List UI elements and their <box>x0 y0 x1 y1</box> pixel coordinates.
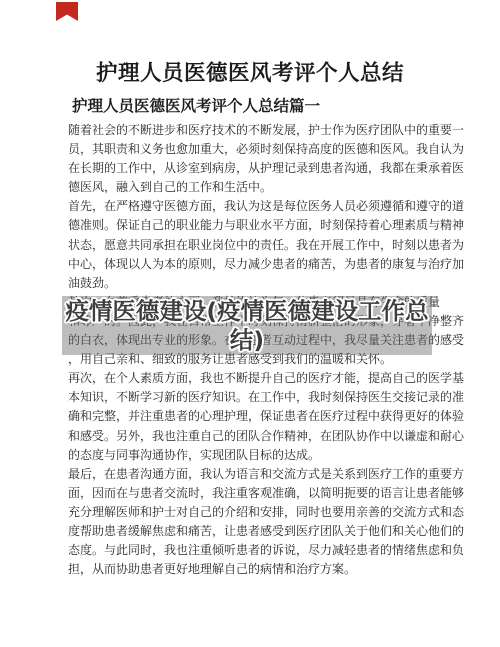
paragraph-4: 再次，在个人素质方面，我也不断提升自己的医疗才能，提高自己的医学基 本知识，不断… <box>68 369 492 464</box>
paragraph-2: 首先，在严格遵守医德方面，我认为这是每位医务人员必须遵循和遵守的道 德准则。保证… <box>68 197 492 292</box>
watermark-text: 疫情医德建设(疫情医德建设工作总 结) <box>62 296 432 355</box>
paragraph-1: 随着社会的不断进步和医疗技术的不断发展，护士作为医疗团队中的重要一 员，其职责和… <box>68 121 492 197</box>
paragraph-5: 最后，在患者沟通方面，我认为语言和交流方式是关系到医疗工作的重要方 面，因而在与… <box>68 465 492 580</box>
watermark-overlay: 疫情医德建设(疫情医德建设工作总 结) <box>62 296 432 355</box>
page-title: 护理人员医德医风考评个人总结 <box>0 56 500 87</box>
red-bookmark-icon <box>55 2 79 22</box>
document-page: 护理人员医德医风考评个人总结 护理人员医德医风考评个人总结篇一 随着社会的不断进… <box>0 0 500 647</box>
section-heading: 护理人员医德医风考评个人总结篇一 <box>72 94 320 116</box>
red-bookmark-shape <box>56 2 78 21</box>
